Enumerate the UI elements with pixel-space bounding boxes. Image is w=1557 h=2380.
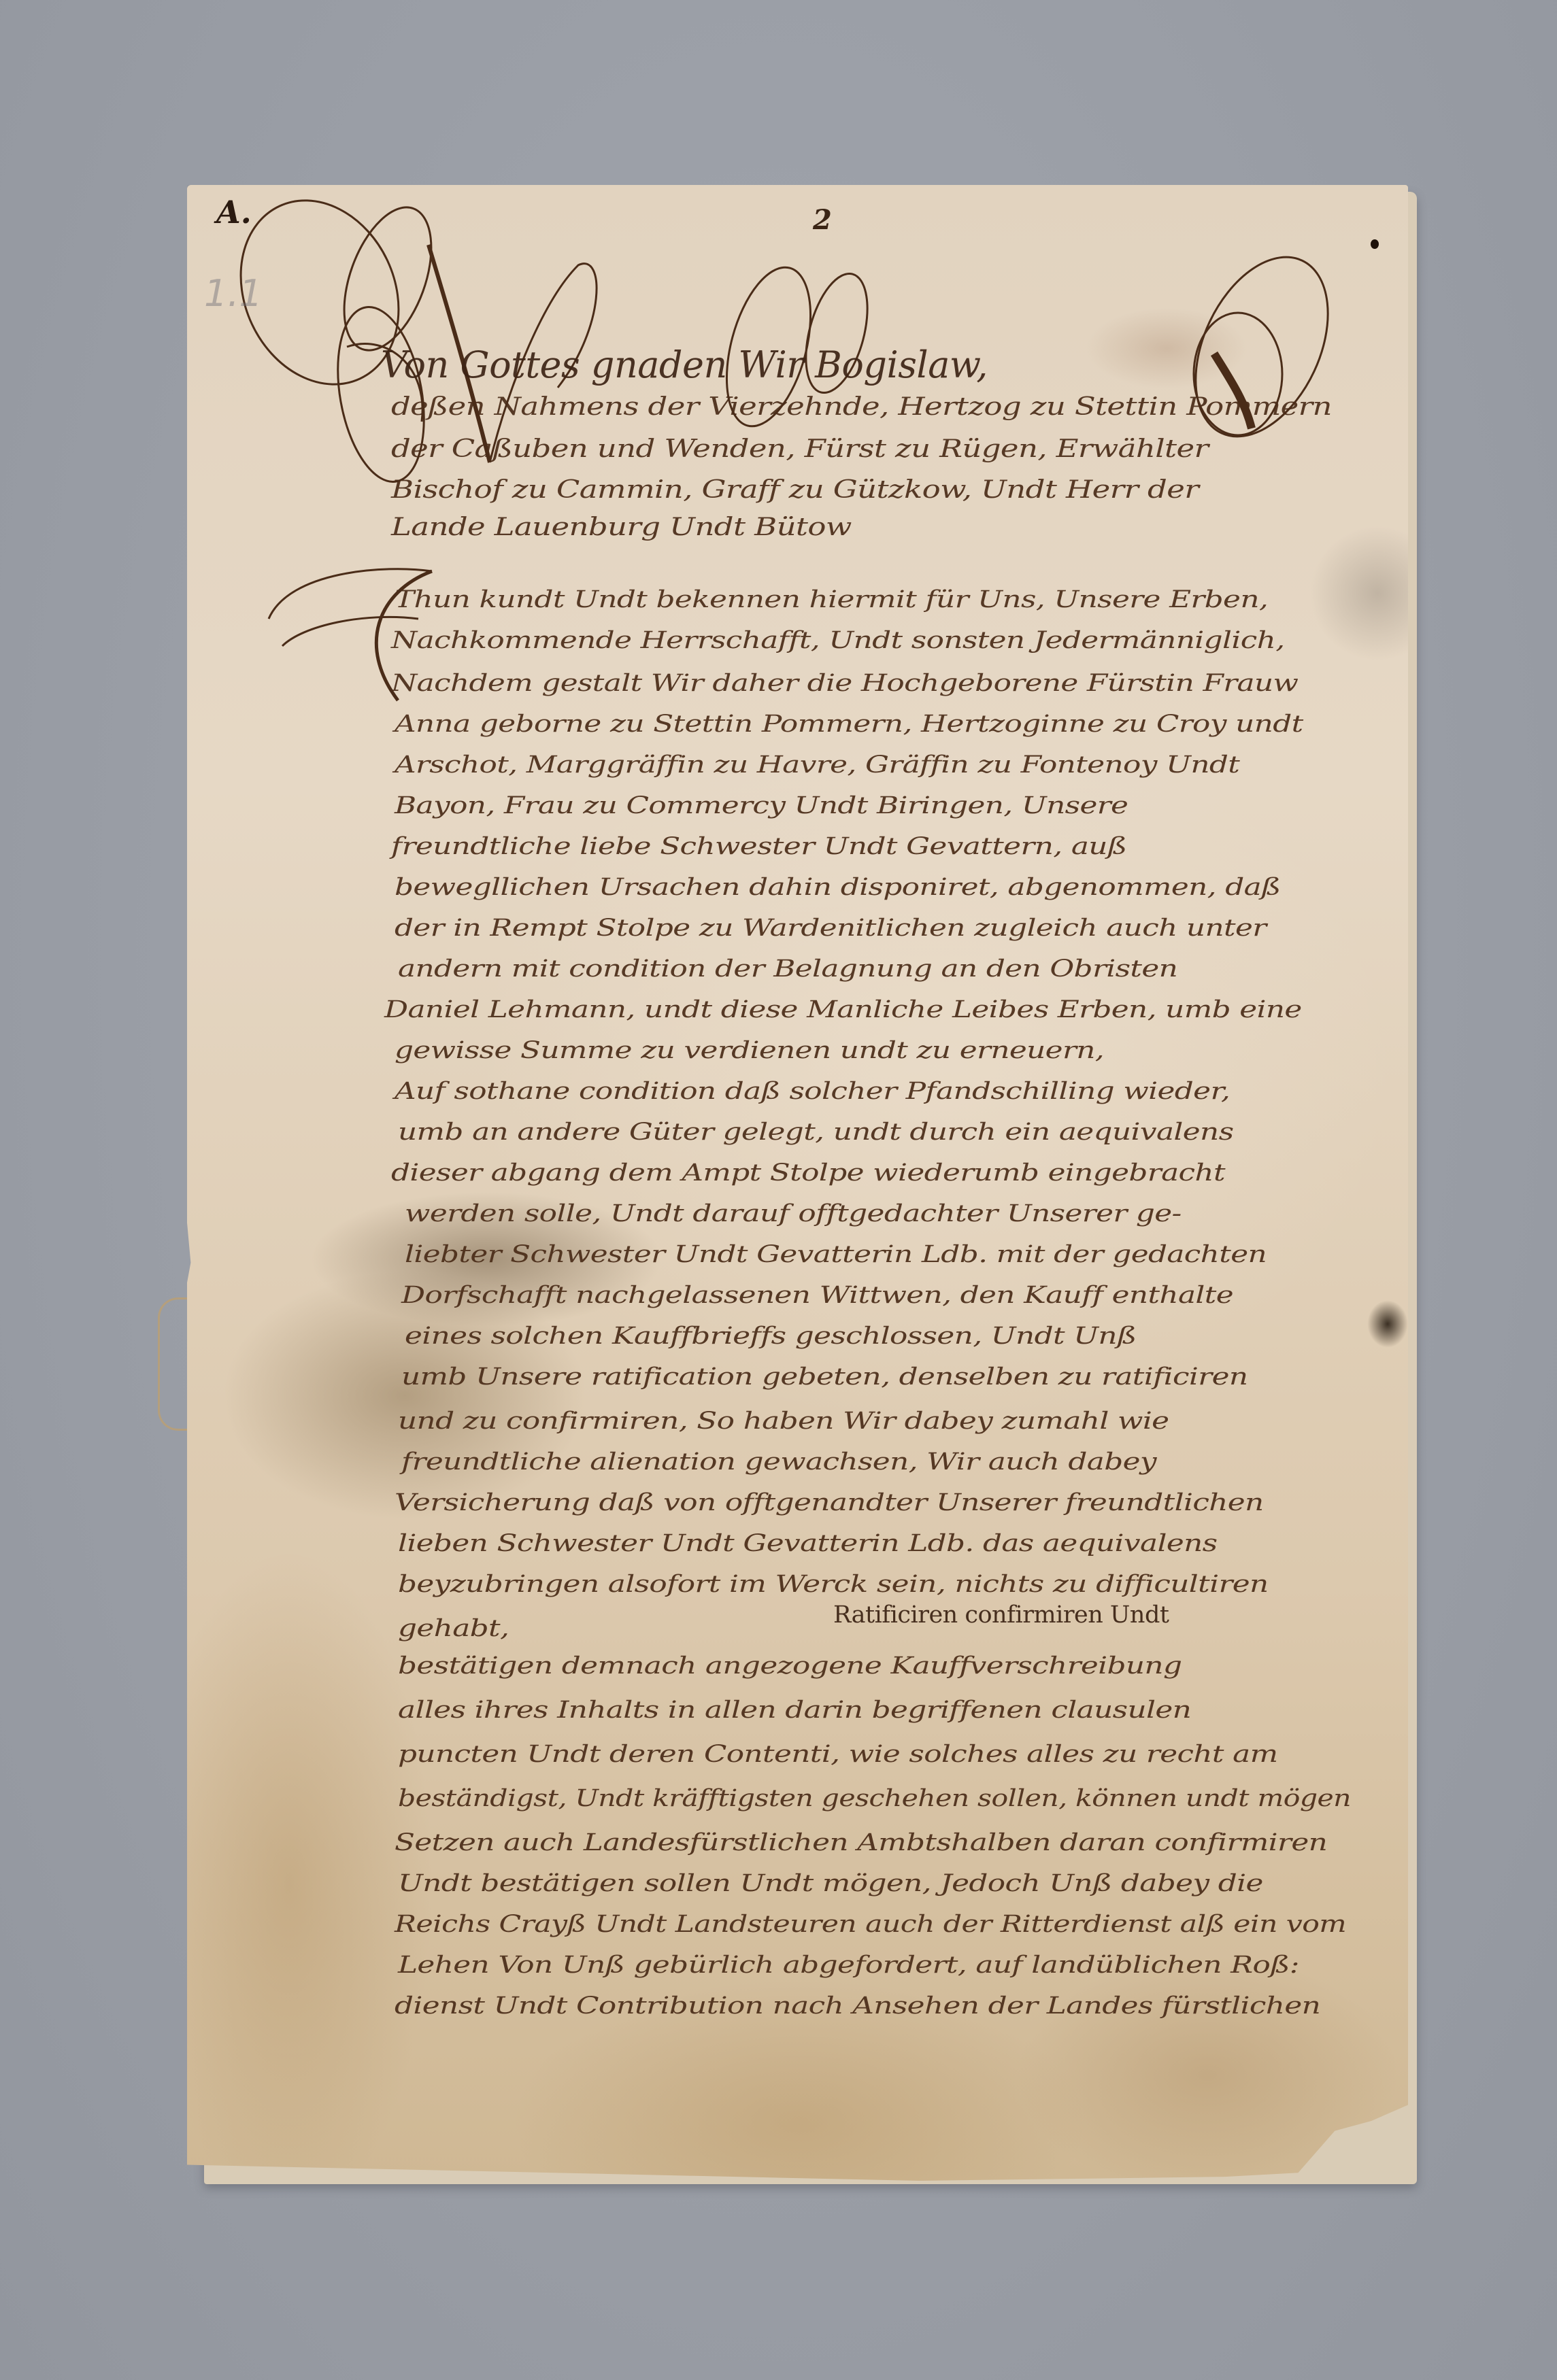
body-line: Arschot, Marggräffin zu Havre, Gräffin z… [395,751,1239,779]
body-line-ratification: Ratificiren confirmiren Undt [833,1601,1169,1629]
body-line: andern mit condition der Belagnung an de… [398,955,1177,983]
ink-dot [1371,239,1379,249]
body-line: freundtliche liebe Schwester Undt Gevatt… [391,833,1126,860]
body-line: Lehen Von Unß gebürlich abgefordert, auf… [398,1952,1299,1979]
heading-line: deßen Nahmens der Vierzehnde, Hertzog zu… [391,393,1332,421]
stain-ink-blot [1367,1300,1408,1348]
title-line: Von Gottes gnaden Wir Bogislaw, [381,343,988,386]
body-line: bestätigen demnach angezogene Kauffversc… [398,1652,1182,1680]
body-line: Nachkommende Herrschafft, Undt sonsten J… [391,627,1284,654]
body-line: freundtliche alienation gewachsen, Wir a… [401,1448,1156,1476]
body-line: Auf sothane condition daß solcher Pfands… [395,1078,1230,1105]
margin-pencil-note: 1.1 [204,272,263,315]
body-line: der in Rempt Stolpe zu Wardenitlichen zu… [395,915,1267,942]
body-line: Setzen auch Landesfürstlichen Ambtshalbe… [395,1829,1327,1856]
body-line: Thun kundt Undt bekennen hiermit für Uns… [395,586,1268,613]
body-line: beständigst, Undt kräfftigsten geschehen… [398,1785,1351,1812]
folio-number: 2 [813,204,832,236]
body-line: Daniel Lehmann, undt diese Manliche Leib… [384,996,1302,1023]
body-line: dieser abgang dem Ampt Stolpe wiederumb … [391,1159,1225,1187]
body-line: dienst Undt Contribution nach Ansehen de… [395,1992,1320,2020]
body-line: Anna geborne zu Stettin Pommern, Hertzog… [395,711,1303,738]
body-line: gehabt, [398,1615,509,1642]
body-line: liebter Schwester Undt Gevatterin Ldb. m… [405,1241,1267,1268]
body-line: gewisse Summe zu verdienen undt zu erneu… [395,1037,1104,1064]
body-line: Nachdem gestalt Wir daher die Hochgebore… [391,670,1298,697]
body-line: werden solle, Undt darauf offtgedachter … [405,1200,1182,1227]
body-line: eines solchen Kauffbrieffs geschlossen, … [405,1323,1137,1350]
body-line: alles ihres Inhalts in allen darin begri… [398,1697,1191,1724]
heading-line: der Caßuben und Wenden, Fürst zu Rügen, … [391,435,1208,463]
body-line: Reichs Crayß Undt Landsteuren auch der R… [395,1911,1346,1938]
body-line: bewegllichen Ursachen dahin disponiret, … [395,874,1281,901]
body-line: umb Unsere ratification gebeten, denselb… [401,1363,1248,1391]
body-line: Undt bestätigen sollen Undt mögen, Jedoc… [398,1870,1263,1897]
body-line: umb an andere Güter gelegt, undt durch e… [398,1119,1233,1146]
binding-thread [158,1297,187,1431]
body-line: und zu confirmiren, So haben Wir dabey z… [398,1408,1169,1435]
body-line: Versicherung daß von offtgenandter Unser… [395,1489,1264,1516]
body-line: Bayon, Frau zu Commercy Undt Biringen, U… [395,792,1128,819]
body-line: puncten Undt deren Contenti, wie solches… [398,1741,1277,1768]
heading-line: Lande Lauenburg Undt Bütow [391,513,852,541]
section-marker: A. [216,194,252,231]
body-line: beyzubringen alsofort im Werck sein, nic… [398,1571,1269,1598]
body-line: Dorfschafft nachgelassenen Wittwen, den … [401,1282,1233,1309]
body-line: lieben Schwester Undt Gevatterin Ldb. da… [398,1530,1217,1557]
heading-line: Bischof zu Cammin, Graff zu Gützkow, Und… [391,476,1199,504]
